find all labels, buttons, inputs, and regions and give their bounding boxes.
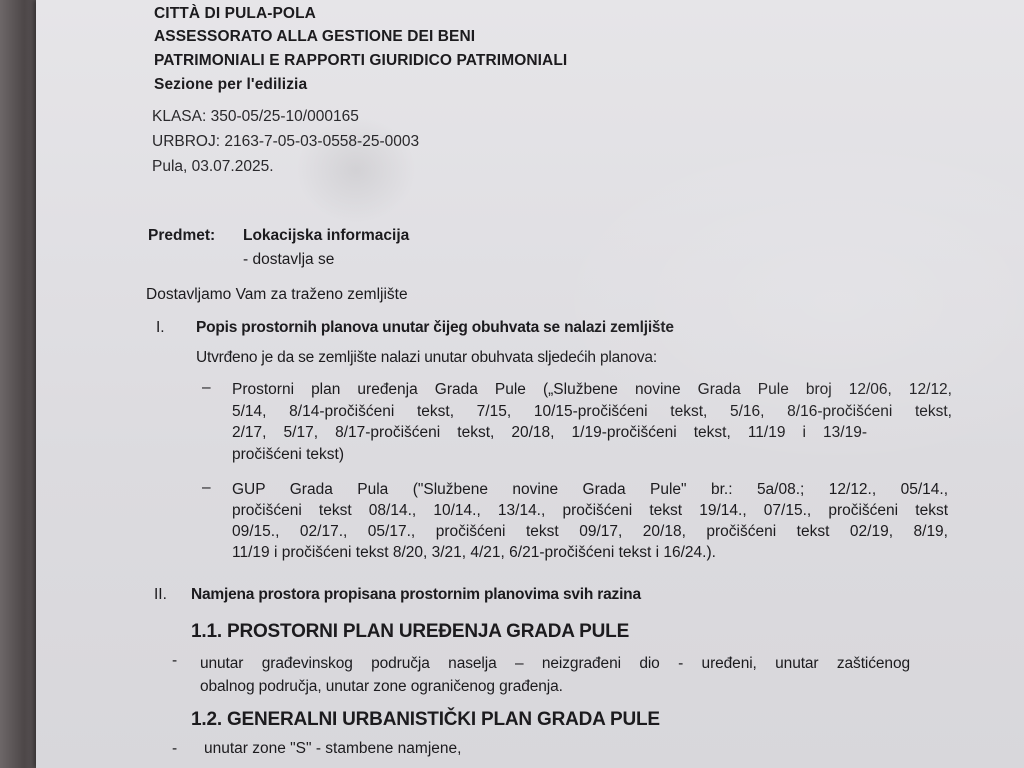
list-item-line: GUP Grada Pula ("Službene novine Grada P… xyxy=(232,479,948,500)
header-department-line1: ASSESSORATO ALLA GESTIONE DEI BENI xyxy=(154,28,475,46)
subject-subtitle: - dostavlja se xyxy=(243,251,334,269)
list-item-line: Prostorni plan uređenja Grada Pule („Slu… xyxy=(232,379,952,401)
section2-title: Namjena prostora propisana prostornim pl… xyxy=(191,586,641,604)
subject-title: Lokacijska informacija xyxy=(243,227,409,245)
list-item-line: unutar građevinskog područja naselja – n… xyxy=(200,652,910,675)
background-surface xyxy=(0,0,40,768)
list-item-line: 09/15., 02/17., 05/17., pročišćeni tekst… xyxy=(232,521,948,542)
subsection-1-1-text: unutar građevinskog područja naselja – n… xyxy=(200,652,910,698)
subject-label: Predmet: xyxy=(148,227,215,245)
header-city: CITTÀ DI PULA-POLA xyxy=(154,5,316,23)
subsection-1-1-heading: 1.1. PROSTORNI PLAN UREĐENJA GRADA PULE xyxy=(191,621,629,643)
header-department-line2: PATRIMONIALI E RAPPORTI GIURIDICO PATRIM… xyxy=(154,52,567,70)
intro-text: Dostavljamo Vam za traženo zemljište xyxy=(146,286,408,304)
list-bullet: - xyxy=(172,652,177,670)
list-item-gup: GUP Grada Pula ("Službene novine Grada P… xyxy=(232,479,948,563)
list-item-line: pročišćeni tekst) xyxy=(232,444,952,466)
list-bullet: – xyxy=(202,479,211,497)
subsection-1-2-heading: 1.2. GENERALNI URBANISTIČKI PLAN GRADA P… xyxy=(191,709,660,731)
section2-numeral: II. xyxy=(154,586,167,604)
klasa-number: KLASA: 350-05/25-10/000165 xyxy=(152,108,359,126)
list-item-line: 11/19 i pročišćeni tekst 8/20, 3/21, 4/2… xyxy=(232,542,948,563)
section1-lead: Utvrđeno je da se zemljište nalazi unuta… xyxy=(196,349,657,367)
section1-numeral: I. xyxy=(156,319,165,337)
document-page: CITTÀ DI PULA-POLA ASSESSORATO ALLA GEST… xyxy=(36,0,1024,768)
list-item-ppugp: Prostorni plan uređenja Grada Pule („Slu… xyxy=(232,379,952,465)
urbroj-number: URBROJ: 2163-7-05-03-0558-25-0003 xyxy=(152,133,419,151)
place-date: Pula, 03.07.2025. xyxy=(152,158,274,176)
list-item-line: 5/14, 8/14-pročišćeni tekst, 7/15, 10/15… xyxy=(232,401,952,423)
list-item-line: 2/17, 5/17, 8/17-pročišćeni tekst, 20/18… xyxy=(232,422,867,444)
list-bullet: - xyxy=(172,740,177,758)
list-item-line: pročišćeni tekst 08/14., 10/14., 13/14.,… xyxy=(232,500,948,521)
section1-title: Popis prostornih planova unutar čijeg ob… xyxy=(196,319,674,337)
list-bullet: – xyxy=(202,379,211,397)
list-item-line: obalnog područja, unutar zone ograničeno… xyxy=(200,675,910,698)
header-section: Sezione per l'edilizia xyxy=(154,76,307,94)
subsection-1-2-text: unutar zone "S" - stambene namjene, xyxy=(204,740,461,758)
